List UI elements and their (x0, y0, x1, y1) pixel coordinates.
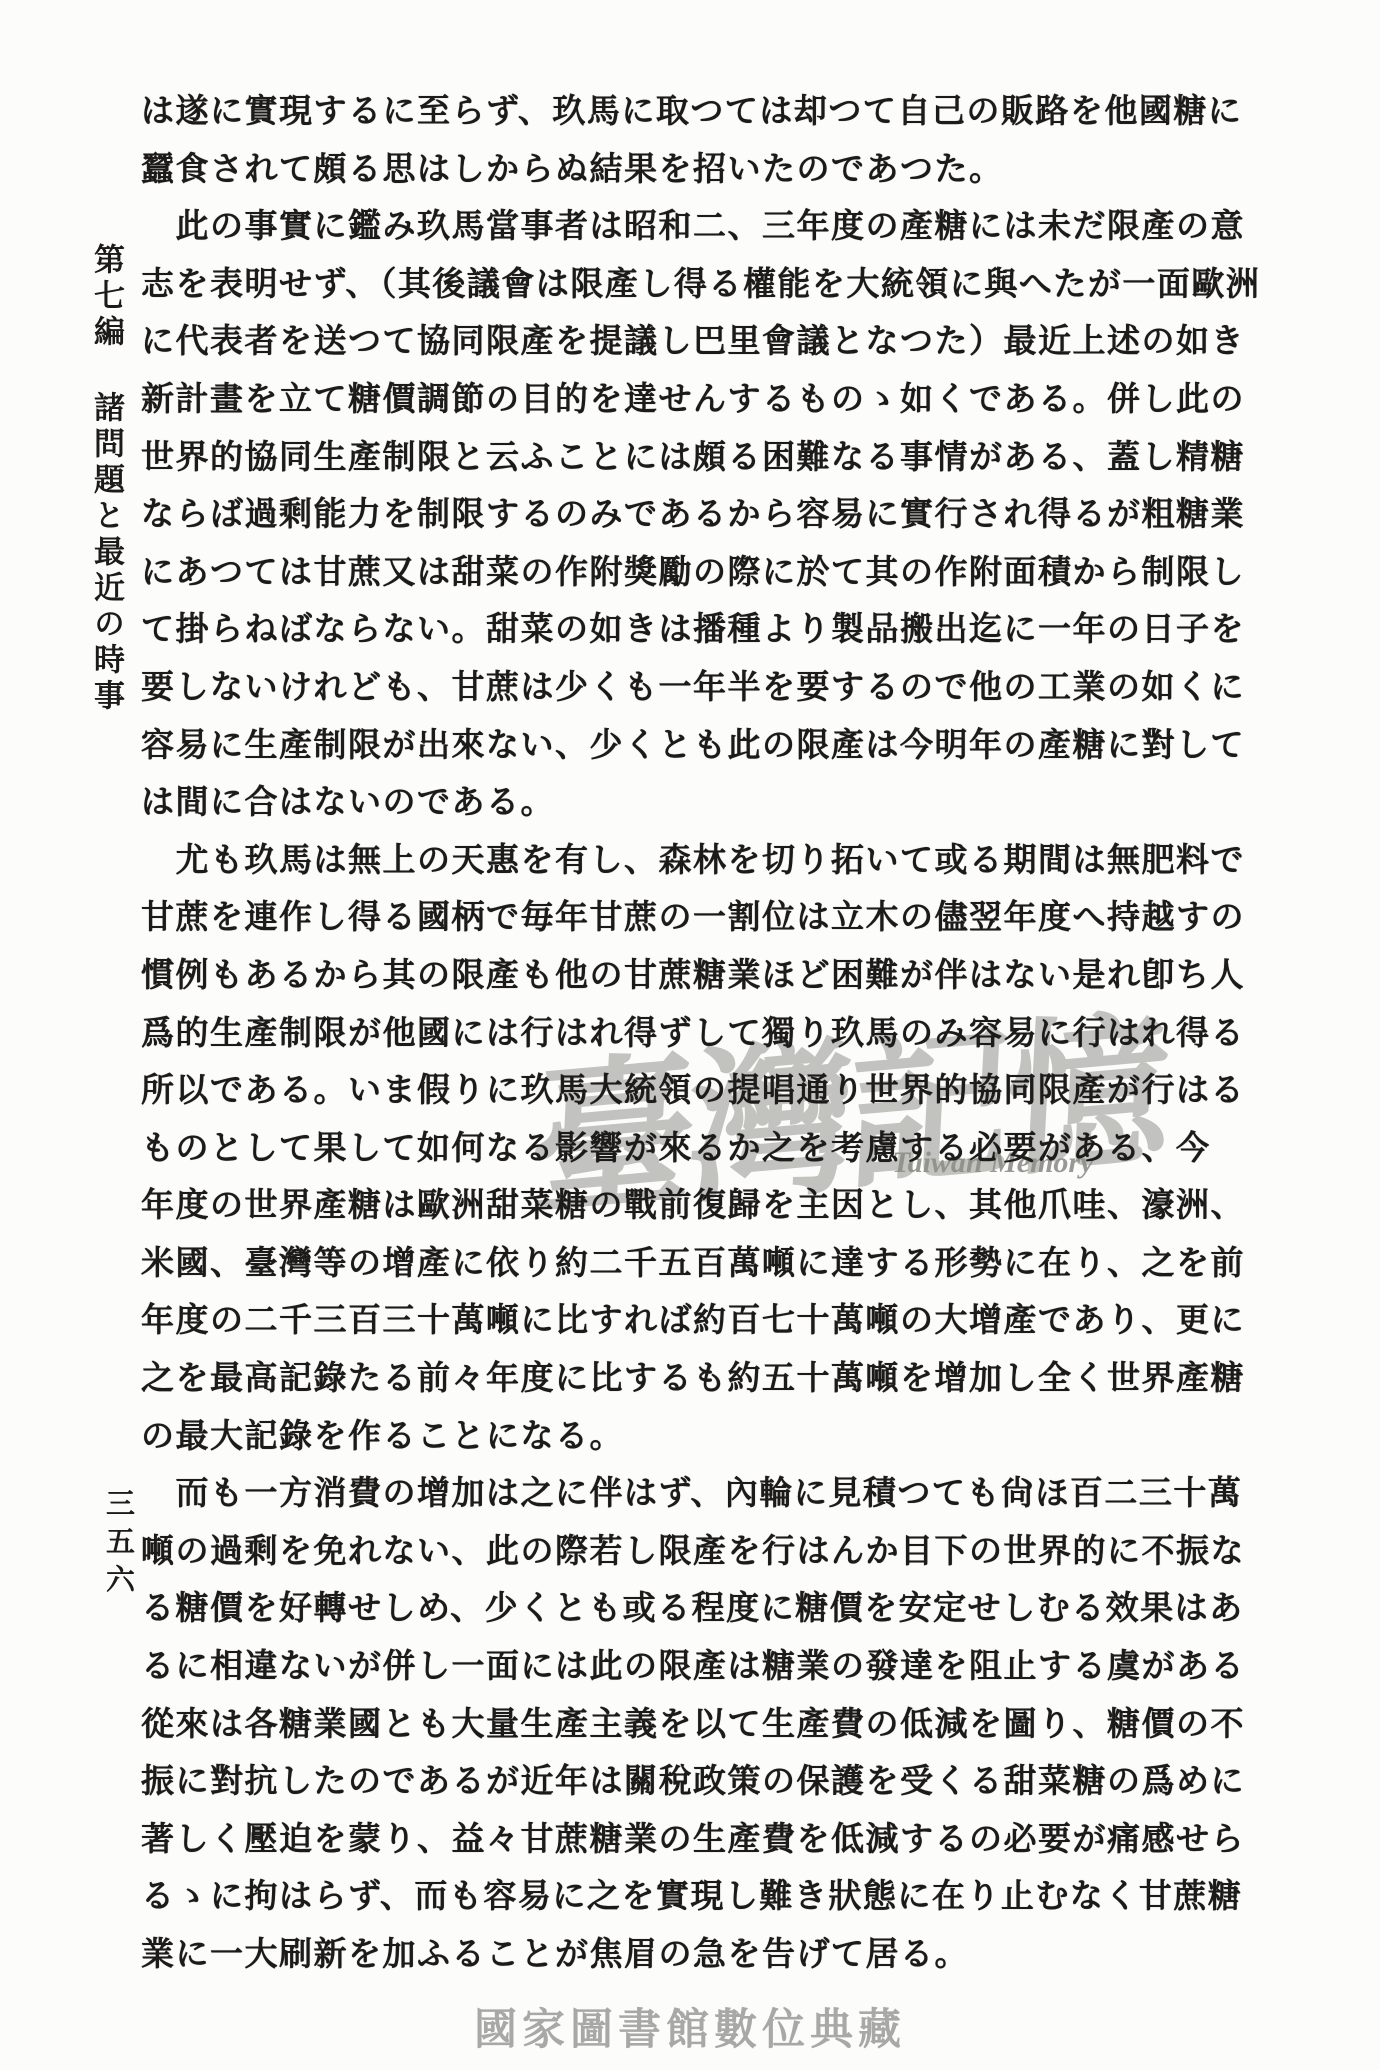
text-line: にあつては甘蔗又は甜菜の作附獎勵の際に於て其の作附面積から制限し (141, 545, 1253, 603)
scanned-book-page: 第七編諸問題と最近の時事 三五六 臺灣記憶 Taiwan Memory は遂に實… (0, 0, 1380, 2070)
archive-credit-label: 國家圖書館數位典藏 (0, 1996, 1380, 2057)
text-line: 所以である。いま假りに玖馬大統領の提唱通り世界的協同限產が行はる (141, 1063, 1253, 1121)
margin-caption: 第七編諸問題と最近の時事 (84, 243, 129, 743)
part-title: 第七編 (89, 243, 124, 351)
text-line: 業に一大刷新を加ふることが焦眉の急を告げて居る。 (141, 1927, 1253, 1985)
text-line: 新計畫を立て糖價調節の目的を達せんするものゝ如くである。併し此の (141, 372, 1253, 430)
text-line: 志を表明せず、（其後議會は限產し得る權能を大統領に與へたが一面歐洲 (141, 257, 1253, 315)
text-line: 甘蔗を連作し得る國柄で毎年甘蔗の一割位は立木の儘翌年度へ持越すの (141, 890, 1253, 948)
text-line: 蠶食されて頗る思はしからぬ結果を招いたのであつた。 (141, 142, 1253, 200)
text-line: 年度の世界產糖は歐洲甜菜糖の戰前復歸を主因とし、其他爪哇、濠洲、 (141, 1178, 1253, 1236)
text-line: 米國、臺灣等の增產に依り約二千五百萬噸に達する形勢に在り、之を前 (141, 1236, 1253, 1294)
text-line: 而も一方消費の增加は之に伴はず、內輪に見積つても尙ほ百二三十萬 (141, 1466, 1253, 1524)
text-line: 振に對抗したのであるが近年は關稅政策の保護を受くる甜菜糖の爲めに (141, 1754, 1253, 1812)
text-line: ものとして果して如何なる影響が來るか之を考慮する必要がある、今 (141, 1121, 1253, 1179)
body-text-block: は遂に實現するに至らず、玖馬に取つては却つて自己の販路を他國糖に蠶食されて頗る思… (141, 84, 1253, 1985)
text-line: の最大記錄を作ることになる。 (141, 1409, 1253, 1467)
text-line: は間に合はないのである。 (141, 775, 1253, 833)
text-line: 爲的生產制限が他國には行はれ得ずして獨り玖馬のみ容易に行はれ得る (141, 1006, 1253, 1064)
text-line: 此の事實に鑑み玖馬當事者は昭和二、三年度の產糖には未だ限產の意 (141, 199, 1253, 257)
text-line: 要しないけれども、甘蔗は少くも一年半を要するので他の工業の如くに (141, 660, 1253, 718)
text-line: は遂に實現するに至らず、玖馬に取つては却つて自己の販路を他國糖に (141, 84, 1253, 142)
text-line: 著しく壓迫を蒙り、益々甘蔗糖業の生產費を低減するの必要が痛感せら (141, 1812, 1253, 1870)
text-line: 噸の過剩を免れない、此の際若し限產を行はんか目下の世界的に不振な (141, 1524, 1253, 1582)
text-line: 慣例もあるから其の限產も他の甘蔗糖業ほど困難が伴はない是れ卽ち人 (141, 948, 1253, 1006)
folio-number: 三五六 (98, 1488, 139, 1602)
text-line: ならば過剩能力を制限するのみであるから容易に實行され得るが粗糖業 (141, 487, 1253, 545)
section-title: 諸問題と最近の時事 (89, 391, 124, 715)
text-line: る糖價を好轉せしめ、少くとも或る程度に糖價を安定せしむる效果はあ (141, 1581, 1253, 1639)
text-line: に代表者を送つて協同限產を提議し巴里會議となつた）最近上述の如き (141, 314, 1253, 372)
text-line: るゝに拘はらず、而も容易に之を實現し難き狀態に在り止むなく甘蔗糖 (141, 1869, 1253, 1927)
text-line: 年度の二千三百三十萬噸に比すれば約百七十萬噸の大增產であり、更に (141, 1293, 1253, 1351)
text-line: 尤も玖馬は無上の天惠を有し、森林を切り拓いて或る期間は無肥料で (141, 833, 1253, 891)
text-line: 容易に生產制限が出來ない、少くとも此の限產は今明年の產糖に對して (141, 718, 1253, 776)
text-line: て掛らねばならない。甜菜の如きは播種より製品搬出迄に一年の日子を (141, 602, 1253, 660)
text-line: 從來は各糖業國とも大量生產主義を以て生產費の低減を圖り、糖價の不 (141, 1697, 1253, 1755)
text-line: るに相違ないが併し一面には此の限產は糖業の發達を阻止する虞がある (141, 1639, 1253, 1697)
text-line: 之を最高記錄たる前々年度に比するも約五十萬噸を增加し全く世界產糖 (141, 1351, 1253, 1409)
text-line: 世界的協同生產制限と云ふことには頗る困難なる事情がある、蓋し精糖 (141, 430, 1253, 488)
